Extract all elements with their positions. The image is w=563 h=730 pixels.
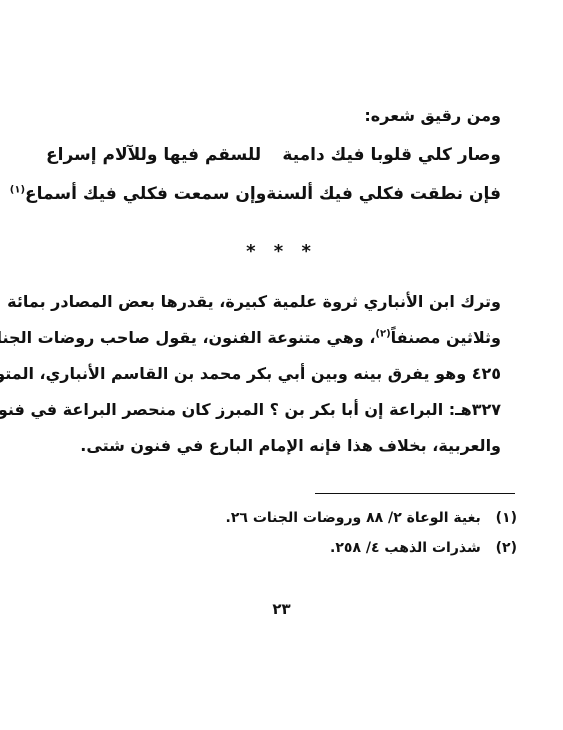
verse-second-hemistich-wrapper: وإن سمعت فكلي فيك أسماع(١)	[10, 184, 267, 204]
footnote-item: (٢) شذرات الذهب ٤/ ٢٥٨.	[330, 540, 517, 556]
footnote-item: (١) بغية الوعاة ٢/ ٨٨ وروضات الجنات ٢٦.	[226, 510, 517, 526]
paragraph-line: وثلاثين مصنفاً(٢)، وهي متنوعة الفنون، يق…	[46, 320, 501, 356]
footnote-text: بغية الوعاة ٢/ ٨٨ وروضات الجنات ٢٦.	[226, 510, 481, 526]
page-number: ٢٣	[0, 600, 563, 618]
footnote-number: (١)	[496, 510, 517, 526]
paragraph-line-text: وثلاثين مصنفاً	[391, 328, 501, 347]
verse-second-hemistich: وإن سمعت فكلي فيك أسماع	[25, 184, 266, 204]
footnote-number: (٢)	[496, 540, 517, 556]
paragraph-line: ٤٢٥ وهو يفرق بينه وبين أبي بكر محمد بن ا…	[46, 356, 501, 392]
poem-verse: فإن نطقت فكلي فيك ألسنة وإن سمعت فكلي في…	[46, 179, 501, 209]
paragraph-line: والعربية، بخلاف هذا فإنه الإمام البارع ف…	[46, 428, 501, 464]
book-page: ومن رقيق شعره: وصار كلي قلوبا فيك دامية …	[0, 0, 563, 730]
verse-first-hemistich: فإن نطقت فكلي فيك ألسنة	[266, 184, 501, 204]
footnote-text: شذرات الذهب ٤/ ٢٥٨.	[330, 540, 481, 556]
footnote-reference-1[interactable]: (١)	[10, 184, 25, 195]
footnote-reference-2[interactable]: (٢)	[375, 329, 390, 340]
verse-second-hemistich: للسقم فيها وللآلام إسراع	[46, 145, 261, 165]
paragraph-line: وترك ابن الأنباري ثروة علمية كبيرة، يقدر…	[46, 284, 501, 320]
body-paragraph: وترك ابن الأنباري ثروة علمية كبيرة، يقدر…	[46, 284, 501, 464]
verse-first-hemistich: وصار كلي قلوبا فيك دامية	[282, 145, 501, 165]
poem-intro-line: ومن رقيق شعره:	[364, 106, 501, 125]
paragraph-line: ٣٢٧هـ: البراعة إن أبا بكر بن ؟ المبرز كا…	[46, 392, 501, 428]
poem-verse: وصار كلي قلوبا فيك دامية للسقم فيها وللآ…	[46, 140, 501, 170]
footnote-divider	[315, 493, 515, 494]
paragraph-line-text-continued: ، وهي متنوعة الفنون، يقول صاحب روضات الج…	[0, 328, 375, 347]
section-separator-stars: * * *	[0, 241, 563, 262]
